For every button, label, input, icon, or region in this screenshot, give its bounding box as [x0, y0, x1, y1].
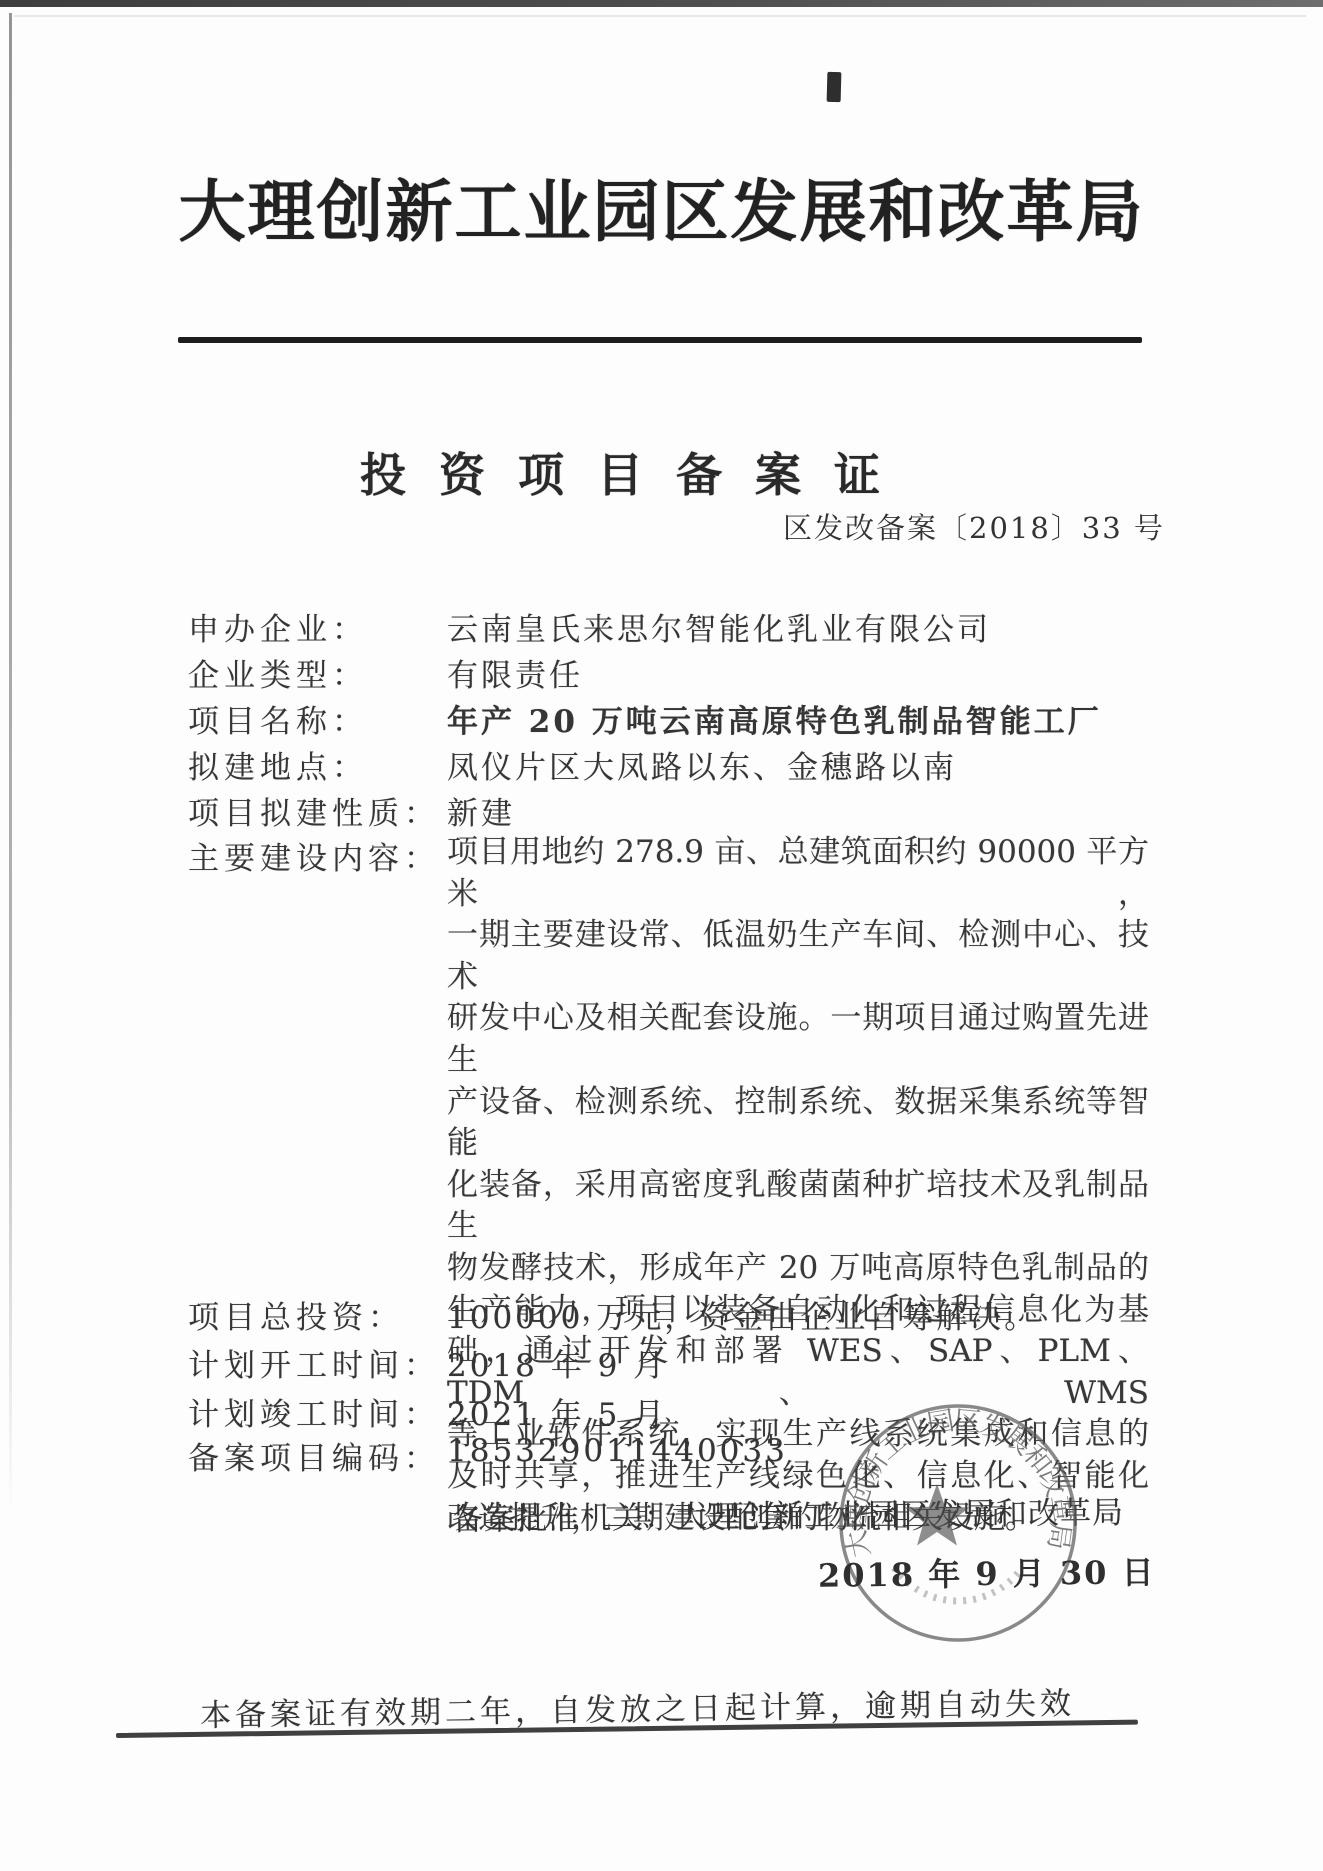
doc-number: 区发改备案〔2018〕33 号 — [783, 506, 1165, 547]
field-value-project-name: 年产 20 万吨云南高原特色乳制品智能工厂 — [447, 696, 1102, 741]
field-label-start-date: 计划开工时间： — [188, 1340, 440, 1385]
field-value-record-code: 185329011440033 — [447, 1433, 788, 1469]
title-rule — [178, 337, 1142, 343]
construction-content-line: 一期主要建设常、低温奶生产车间、检测中心、技术 — [447, 915, 1149, 998]
issue-date: 2018 年 9 月 30 日 — [818, 1547, 1156, 1597]
field-value-nature: 新建 — [447, 788, 515, 833]
field-value-enterprise-type: 有限责任 — [447, 650, 583, 695]
construction-content-line: 物发酵技术，形成年产 20 万吨高原特色乳制品的 — [447, 1248, 1149, 1290]
field-value-completion-date: 2021 年 5 月 — [447, 1389, 667, 1434]
field-value-start-date: 2018 年 9 月 — [447, 1340, 667, 1385]
construction-content-line: 研发中心及相关配套设施。一期项目通过购置先进生 — [447, 998, 1149, 1081]
field-label-record-code: 备案项目编码： — [188, 1433, 440, 1478]
field-label-completion-date: 计划竣工时间： — [188, 1389, 440, 1434]
scan-top-edge-faint — [14, 15, 1306, 17]
certificate-title: 投资项目备案证 — [360, 452, 913, 498]
field-label-enterprise-type: 企业类型： — [188, 650, 368, 695]
field-label-project-name: 项目名称： — [188, 696, 368, 741]
stamp-ring-text: 大理创新工业园区发展和改革局 — [840, 1405, 1075, 1560]
field-value-applicant: 云南皇氏来思尔智能化乳业有限公司 — [447, 604, 991, 649]
field-label-location: 拟建地点： — [188, 742, 368, 787]
scan-top-edge — [0, 0, 1323, 7]
construction-content-line: 项目用地约 278.9 亩、总建筑面积约 90000 平方米， — [447, 832, 1149, 915]
agency-title: 大理创新工业园区发展和改革局 — [0, 178, 1323, 245]
certificate-page: 大理创新工业园区发展和改革局 投资项目备案证 区发改备案〔2018〕33 号 申… — [0, 0, 1323, 1871]
approval-authority-label: 备案批准机关： — [452, 1500, 676, 1538]
official-stamp: 大理创新工业园区发展和改革局 — [818, 1392, 1098, 1658]
field-label-applicant: 申办企业： — [188, 604, 368, 649]
field-value-total-investment: 100000 万元，资金由企业自筹解决。 — [447, 1292, 1038, 1337]
scan-staple-mark — [827, 72, 842, 102]
svg-text:大理创新工业园区发展和改革局: 大理创新工业园区发展和改革局 — [840, 1405, 1075, 1560]
star-icon — [905, 1484, 970, 1546]
field-label-construction-content: 主要建设内容： — [188, 833, 440, 878]
field-value-location: 凤仪片区大凤路以东、金穗路以南 — [447, 742, 957, 787]
construction-content-line: 产设备、检测系统、控制系统、数据采集系统等智能 — [447, 1082, 1149, 1165]
field-label-nature: 项目拟建性质： — [188, 788, 440, 833]
field-label-total-investment: 项目总投资： — [188, 1292, 404, 1337]
construction-content-line: 化装备，采用高密度乳酸菌菌种扩培技术及乳制品生 — [447, 1165, 1149, 1248]
